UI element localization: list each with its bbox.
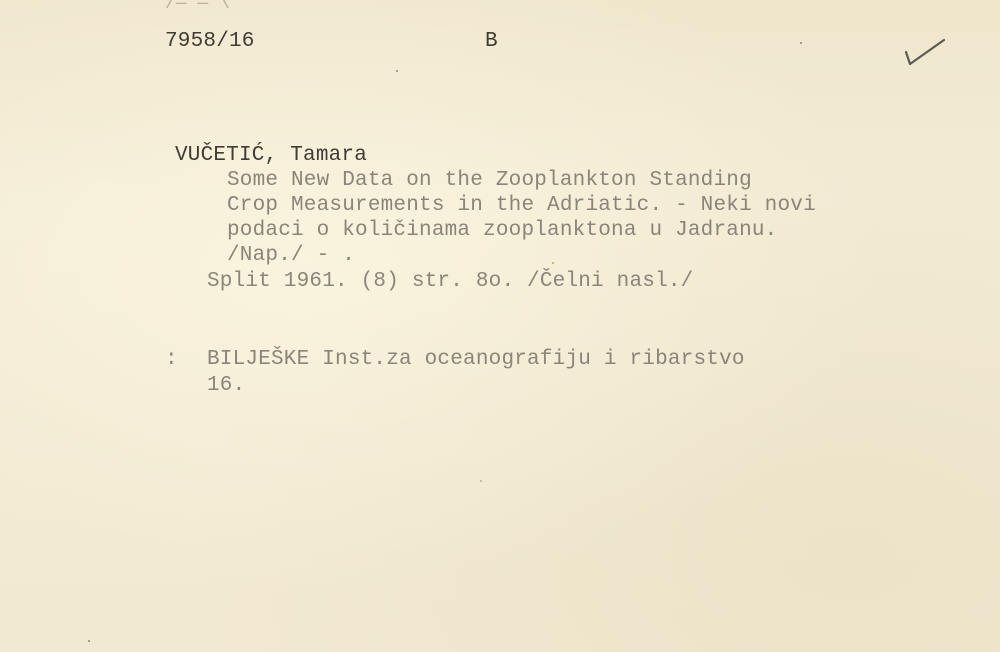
paper-speck <box>88 640 90 642</box>
title-line-2: Crop Measurements in the Adriatic. - Nek… <box>227 194 816 218</box>
title-line-1: Some New Data on the Zooplankton Standin… <box>227 169 752 193</box>
title-line-4: /Nap./ - . <box>227 244 355 268</box>
paper-speck <box>552 262 554 264</box>
imprint-line: Split 1961. (8) str. 8o. /Čelni nasl./ <box>207 270 693 294</box>
paper-speck <box>800 42 802 44</box>
location-code: B <box>485 30 498 54</box>
paper-speck <box>480 480 482 482</box>
check-mark-icon <box>904 36 948 70</box>
series-line-1: BILJEŠKE Inst.za oceanografiju i ribarst… <box>207 348 745 372</box>
title-line-3: podaci o količinama zooplanktona u Jadra… <box>227 219 778 243</box>
series-marker: : <box>165 348 178 372</box>
author-heading: VUČETIĆ, Tamara <box>175 144 367 168</box>
catalog-card: /— — \ 7958/16 B VUČETIĆ, Tamara Some Ne… <box>0 0 1000 652</box>
series-line-2: 16. <box>207 374 245 398</box>
call-number: 7958/16 <box>165 30 255 54</box>
top-smudge: /— — \ <box>165 0 230 14</box>
paper-speck <box>396 70 398 72</box>
